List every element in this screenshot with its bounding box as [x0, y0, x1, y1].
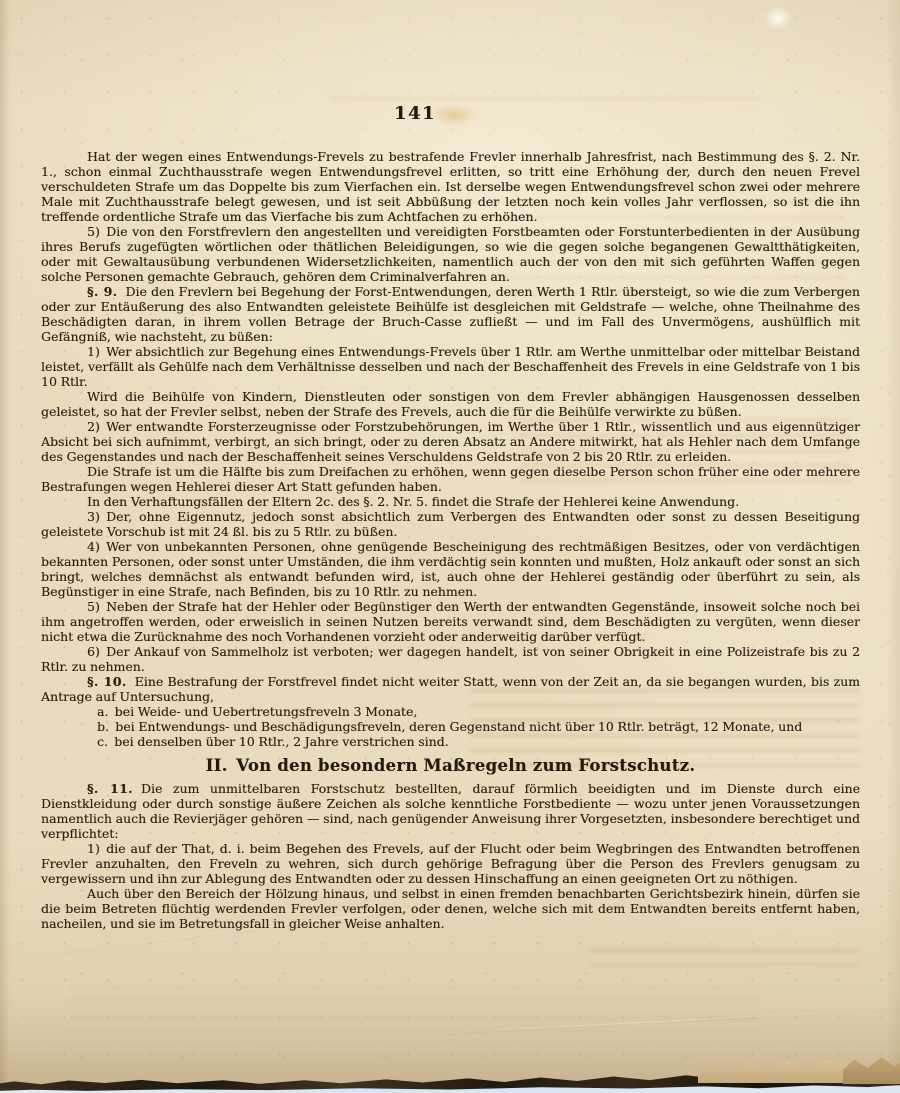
section-mark: §. 11. — [87, 781, 141, 796]
page-number: 141 — [0, 103, 830, 124]
paragraph: Auch über den Bereich der Hölzung hinaus… — [41, 886, 860, 931]
paper-spot — [764, 6, 792, 30]
paragraph-text: 1) Wer absichtlich zur Begehung eines En… — [41, 344, 860, 389]
bleed-through — [70, 985, 760, 1033]
paragraph: 1) die auf der That, d. i. beim Begehen … — [41, 841, 860, 886]
paragraph-text: Hat der wegen eines Entwendungs-Frevels … — [41, 149, 860, 224]
paragraph: 5) Neben der Strafe hat der Hehler oder … — [41, 599, 860, 644]
paragraph-text: Auch über den Bereich der Hölzung hinaus… — [41, 886, 860, 931]
list-item: b. bei Entwendungs- und Beschädigungsfre… — [41, 719, 860, 734]
paragraph-text: 3) Der, ohne Eigennutz, jedoch sonst abs… — [41, 509, 860, 539]
paragraph-text: Wird die Beihülfe von Kindern, Dienstleu… — [41, 389, 860, 419]
paragraph: Wird die Beihülfe von Kindern, Dienstleu… — [41, 389, 860, 419]
paragraph-text: Eine Bestrafung der Forstfrevel findet n… — [41, 674, 860, 704]
paragraph: In den Verhaftungsfällen der Eltern 2c. … — [41, 494, 860, 509]
torn-paper-flap — [698, 1056, 850, 1083]
list-item-text: c. bei denselben über 10 Rtlr., 2 Jahre … — [97, 734, 449, 749]
paragraph-text: Die zum unmittelbaren Forstschutz bestel… — [41, 781, 860, 841]
paragraph-text: Die Strafe ist um die Hälfte bis zum Dre… — [41, 464, 860, 494]
paragraph: Hat der wegen eines Entwendungs-Frevels … — [41, 149, 860, 224]
list-item: c. bei denselben über 10 Rtlr., 2 Jahre … — [41, 734, 860, 749]
paper-crease — [380, 1008, 899, 1036]
paragraph-text: 5) Neben der Strafe hat der Hehler oder … — [41, 599, 860, 644]
paper-crease — [502, 16, 878, 70]
paragraph-text: 5) Die von den Forstfrevlern den angeste… — [41, 224, 860, 284]
section-mark: §. 10. — [87, 674, 135, 689]
list-item-text: a. bei Weide- und Uebertretungsfreveln 3… — [97, 704, 417, 719]
edge-shadow-right — [886, 0, 900, 1093]
paragraph: §. 11.Die zum unmittelbaren Forstschutz … — [41, 781, 860, 841]
paragraph-text: 6) Der Ankauf von Sammelholz ist verbote… — [41, 644, 860, 674]
paragraph-text: 4) Wer von unbekannten Personen, ohne ge… — [41, 539, 860, 599]
list-item: a. bei Weide- und Uebertretungsfreveln 3… — [41, 704, 860, 719]
paragraph-text: 1) die auf der That, d. i. beim Begehen … — [41, 841, 860, 886]
edge-shadow-left — [0, 0, 10, 1093]
paragraph-text: 2) Wer entwandte Forsterzeugnisse oder F… — [41, 419, 860, 464]
paragraph: 4) Wer von unbekannten Personen, ohne ge… — [41, 539, 860, 599]
paragraph: §. 10.Eine Bestrafung der Forstfrevel fi… — [41, 674, 860, 704]
scanned-page: 141 Hat der wegen eines Entwendungs-Frev… — [0, 0, 900, 1093]
paragraph-text: Die den Frevlern bei Begehung der Forst-… — [41, 284, 860, 344]
list-item-text: b. bei Entwendungs- und Beschädigungsfre… — [97, 719, 802, 734]
paragraph: 3) Der, ohne Eigennutz, jedoch sonst abs… — [41, 509, 860, 539]
body-text: Hat der wegen eines Entwendungs-Frevels … — [41, 149, 860, 931]
paragraph-text: In den Verhaftungsfällen der Eltern 2c. … — [87, 494, 739, 509]
section-mark: §. 9. — [87, 284, 125, 299]
paragraph: 6) Der Ankauf von Sammelholz ist verbote… — [41, 644, 860, 674]
paragraph: 1) Wer absichtlich zur Begehung eines En… — [41, 344, 860, 389]
paragraph: §. 9.Die den Frevlern bei Begehung der F… — [41, 284, 860, 344]
paragraph: Die Strafe ist um die Hälfte bis zum Dre… — [41, 464, 860, 494]
bleed-through — [590, 948, 860, 966]
paragraph: 2) Wer entwandte Forsterzeugnisse oder F… — [41, 419, 860, 464]
torn-paper-flap — [843, 1052, 900, 1084]
paragraph: 5) Die von den Forstfrevlern den angeste… — [41, 224, 860, 284]
section-heading: II. Von den besondern Maßregeln zum Fors… — [41, 756, 860, 776]
